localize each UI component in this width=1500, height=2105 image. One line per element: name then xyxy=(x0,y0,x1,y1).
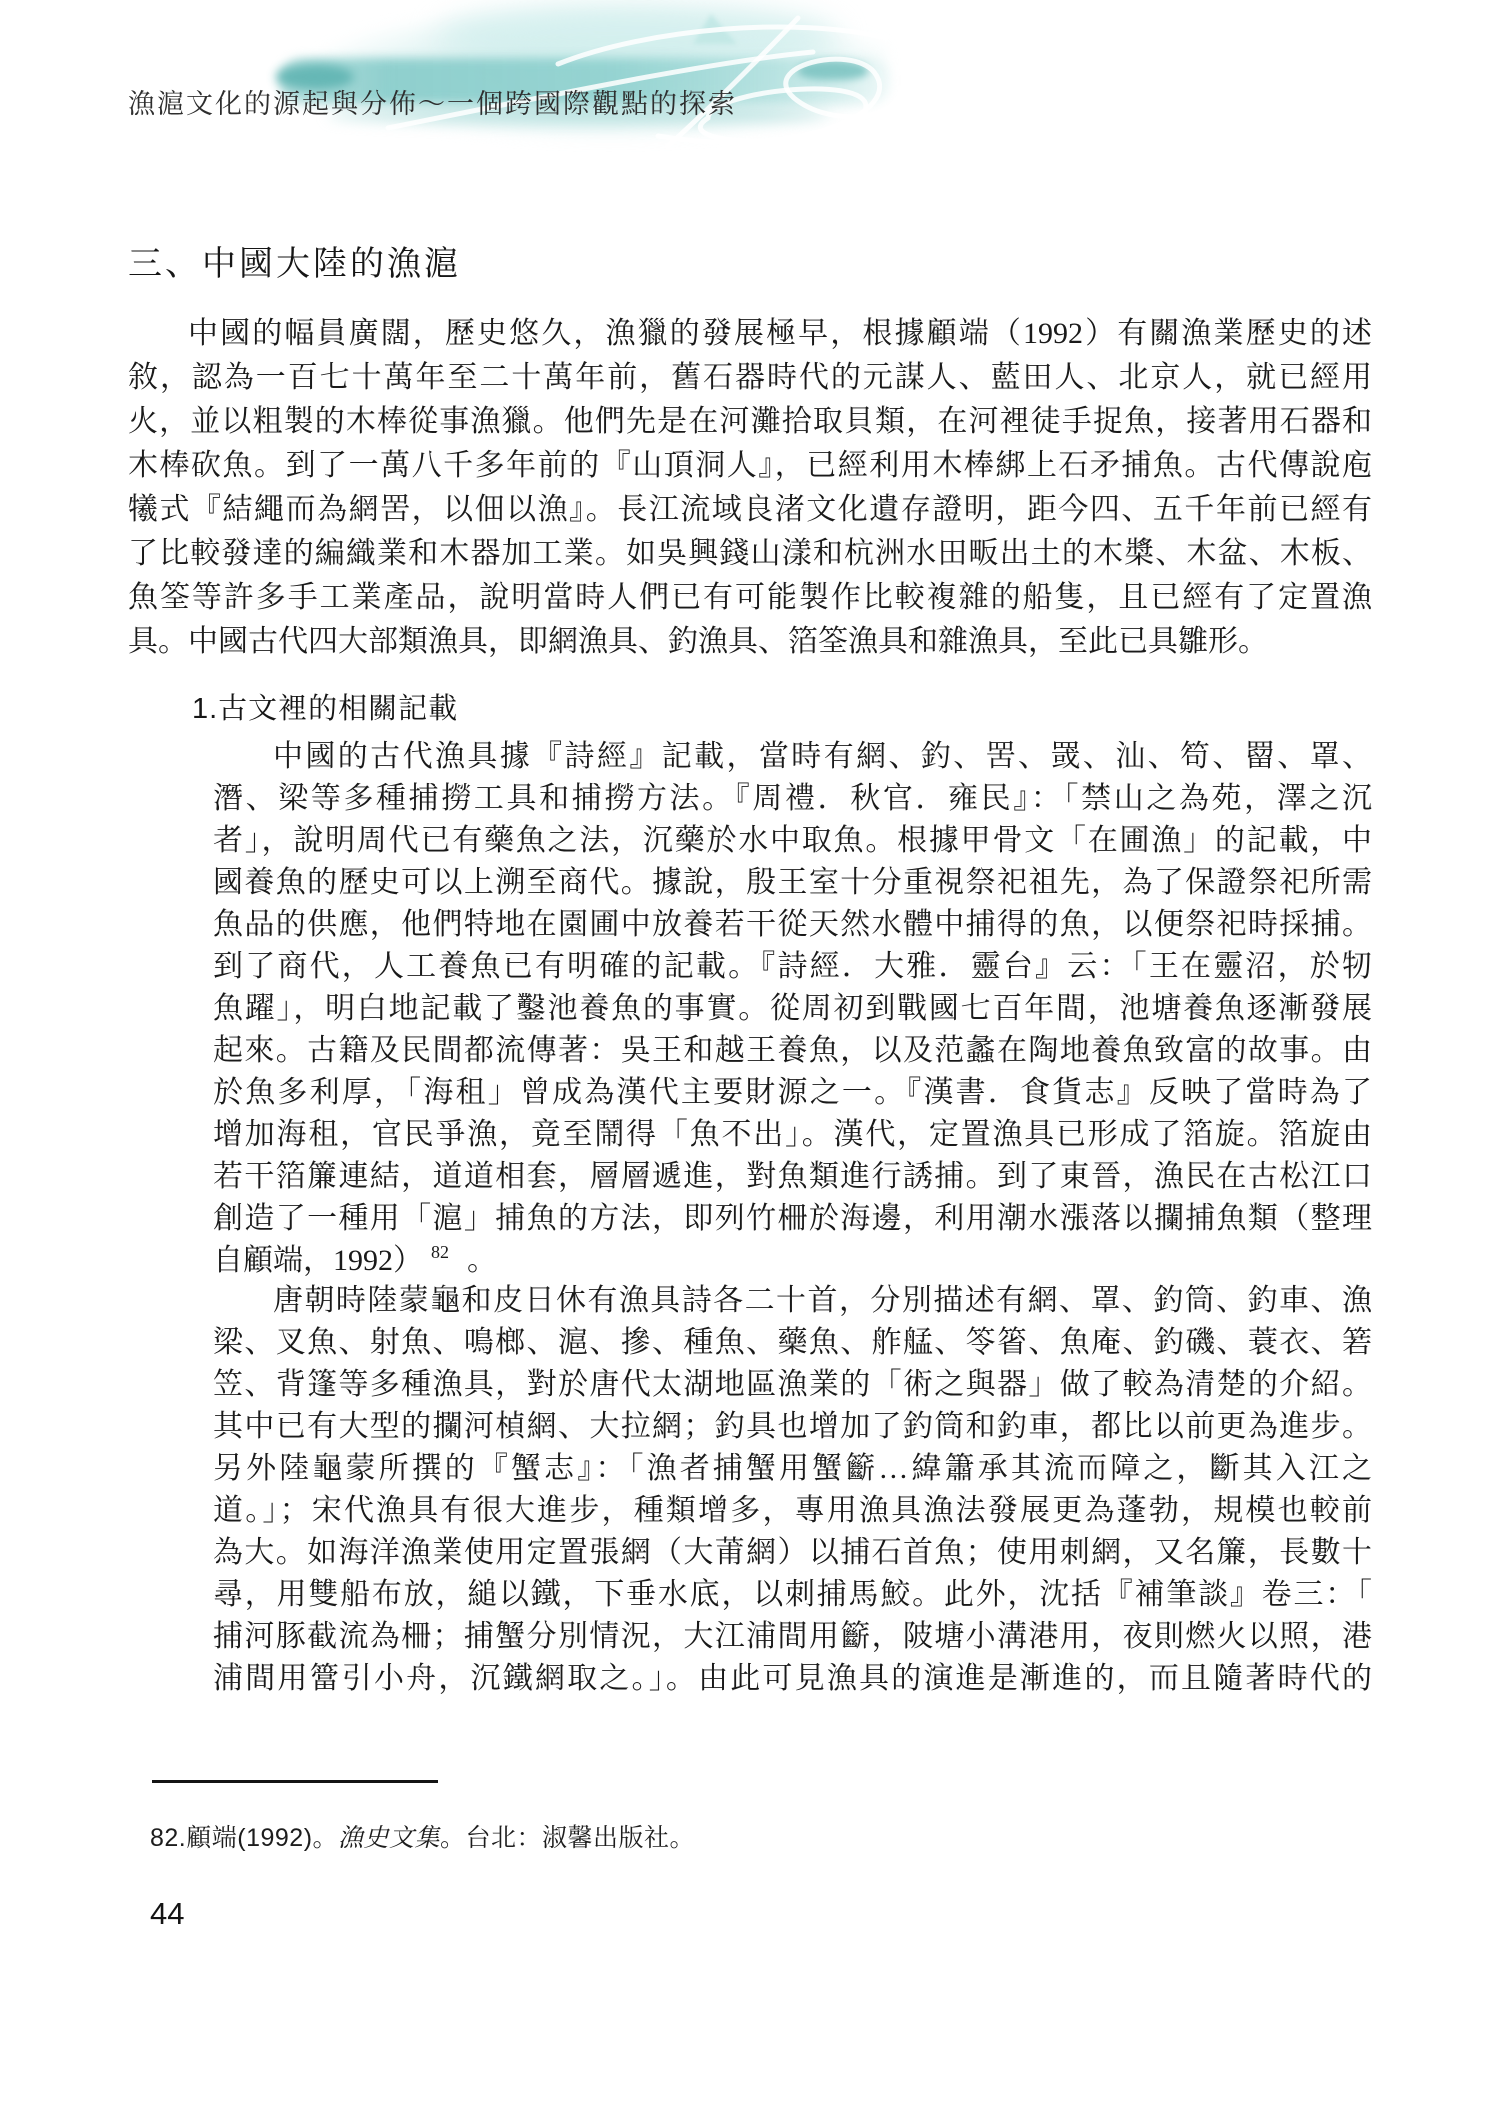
footnote-tail: 。台北：淑馨出版社。 xyxy=(440,1824,695,1852)
watercolor-header-graphic xyxy=(238,0,908,158)
text-line: 木棒砍魚。到了一萬八千多年前的『山頂洞人』，已經利用木棒綁上石矛捕魚。古代傳說庖 xyxy=(128,444,1372,488)
footnote-prefix: 82.顧端(1992)。 xyxy=(150,1824,338,1852)
text-line: 中國的古代漁具據『詩經』記載，當時有網、釣、罟、罭、汕、笱、罶、罩、 xyxy=(213,736,1372,778)
document-page: 漁滬文化的源起與分佈～一個跨國際觀點的探索 三、中國大陸的漁滬 中國的幅員廣闊，… xyxy=(0,0,1500,2105)
text-line: 創造了一種用「滬」捕魚的方法，即列竹柵於海邊，利用潮水漲落以攔捕魚類（整理 xyxy=(213,1198,1372,1240)
watercolor-wash xyxy=(268,0,888,150)
running-header-title: 漁滬文化的源起與分佈～一個跨國際觀點的探索 xyxy=(128,82,737,121)
footnote-82: 82.顧端(1992)。漁史文集。台北：淑馨出版社。 xyxy=(150,1818,695,1854)
text-line: 道。」；宋代漁具有很大進步，種類增多，專用漁具漁法發展更為蓬勃，規模也較前 xyxy=(213,1490,1372,1532)
text-line: 火，並以粗製的木棒從事漁獵。他們先是在河灘拾取貝類，在河裡徒手捉魚，接著用石器和 xyxy=(128,400,1372,444)
paragraph-2: 中國的古代漁具據『詩經』記載，當時有網、釣、罟、罭、汕、笱、罶、罩、潛、梁等多種… xyxy=(213,736,1372,1282)
text-line: 尋，用雙船布放，縋以鐵，下垂水底，以刺捕馬鮫。此外，沈括『補筆談』卷三：「 xyxy=(213,1574,1372,1616)
paragraph-2-last-line-text: 自顧端，1992） xyxy=(213,1244,423,1277)
paragraph-2-last-line-tail: 。 xyxy=(467,1244,497,1277)
text-line: 於魚多利厚，「海租」曾成為漢代主要財源之一。『漢書．食貨志』反映了當時為了 xyxy=(213,1072,1372,1114)
text-line: 若干箔簾連結，道道相套，層層遞進，對魚類進行誘捕。到了東晉，漁民在古松江口 xyxy=(213,1156,1372,1198)
text-line: 為大。如海洋漁業使用定置張網（大莆網）以捕石首魚；使用刺網，又名簾，長數十 xyxy=(213,1532,1372,1574)
text-line: 中國的幅員廣闊，歷史悠久，漁獵的發展極早，根據顧端（1992）有關漁業歷史的述 xyxy=(128,312,1372,356)
text-line: 犧式『結繩而為網罟，以佃以漁』。長江流域良渚文化遺存證明，距今四、五千年前已經有 xyxy=(128,488,1372,532)
footnote-reference-82: 82 xyxy=(431,1242,449,1262)
paragraph-3: 唐朝時陸蒙龜和皮日休有漁具詩各二十首，分別描述有網、罩、釣筒、釣車、漁梁、叉魚、… xyxy=(213,1280,1372,1700)
page-number: 44 xyxy=(150,1896,184,1932)
text-line: 者」，說明周代已有藥魚之法，沉藥於水中取魚。根據甲骨文「在圃漁」的記載，中 xyxy=(213,820,1372,862)
text-line: 到了商代，人工養魚已有明確的記載。『詩經．大雅．靈台』云：「王在靈沼，於牣 xyxy=(213,946,1372,988)
text-line: 魚躍」，明白地記載了鑿池養魚的事實。從周初到戰國七百年間，池塘養魚逐漸發展 xyxy=(213,988,1372,1030)
subsection-heading: 1.古文裡的相關記載 xyxy=(192,686,458,727)
footnote-divider-rule xyxy=(152,1780,438,1783)
text-line: 笠、背篷等多種漁具，對於唐代太湖地區漁業的「術之與器」做了較為清楚的介紹。 xyxy=(213,1364,1372,1406)
watercolor-sail-shape xyxy=(693,14,737,44)
white-swirl-lines-icon xyxy=(238,0,908,158)
watercolor-sky-wash xyxy=(438,4,838,70)
text-line: 國養魚的歷史可以上溯至商代。據說，殷王室十分重視祭祀祖先，為了保證祭祀所需 xyxy=(213,862,1372,904)
text-line: 魚筌等許多手工業產品，說明當時人們已有可能製作比較複雜的船隻，且已經有了定置漁 xyxy=(128,576,1372,620)
paragraph-2-last-line: 自顧端，1992）82。 xyxy=(213,1240,1372,1282)
footnote-book-title: 漁史文集 xyxy=(338,1824,440,1852)
text-line: 其中已有大型的攔河楨網、大拉網；釣具也增加了釣筒和釣車，都比以前更為進步。 xyxy=(213,1406,1372,1448)
text-line: 梁、叉魚、射魚、鳴榔、滬、摻、種魚、藥魚、舴艋、笭箵、魚庵、釣磯、蓑衣、箬 xyxy=(213,1322,1372,1364)
watercolor-hill-blob xyxy=(798,60,868,80)
text-line: 唐朝時陸蒙龜和皮日休有漁具詩各二十首，分別描述有網、罩、釣筒、釣車、漁 xyxy=(213,1280,1372,1322)
text-line: 了比較發達的編織業和木器加工業。如吳興錢山漾和杭洲水田畈出土的木槳、木盆、木板、 xyxy=(128,532,1372,576)
paragraph-1-lines: 中國的幅員廣闊，歷史悠久，漁獵的發展極早，根據顧端（1992）有關漁業歷史的述敘… xyxy=(128,312,1372,620)
text-line: 起來。古籍及民間都流傳著：吳王和越王養魚，以及范蠡在陶地養魚致富的故事。由 xyxy=(213,1030,1372,1072)
text-line: 增加海租，官民爭漁，竟至鬧得「魚不出」。漢代，定置漁具已形成了箔旋。箔旋由 xyxy=(213,1114,1372,1156)
text-line: 捕河豚截流為柵；捕蟹分別情況，大江浦間用籪，陂塘小溝港用，夜則燃火以照，港 xyxy=(213,1616,1372,1658)
section-heading: 三、中國大陸的漁滬 xyxy=(128,236,461,285)
paragraph-1: 中國的幅員廣闊，歷史悠久，漁獵的發展極早，根據顧端（1992）有關漁業歷史的述敘… xyxy=(128,312,1372,664)
text-line: 魚品的供應，他們特地在園圃中放養若干從天然水體中捕得的魚，以便祭祀時採捕。 xyxy=(213,904,1372,946)
text-line: 敘，認為一百七十萬年至二十萬年前，舊石器時代的元謀人、藍田人、北京人，就已經用 xyxy=(128,356,1372,400)
text-line: 浦間用簹引小舟，沉鐵網取之。」。由此可見漁具的演進是漸進的，而且隨著時代的 xyxy=(213,1658,1372,1700)
paragraph-1-last-line: 具。中國古代四大部類漁具，即網漁具、釣漁具、箔筌漁具和雜漁具，至此已具雛形。 xyxy=(128,620,1372,664)
paragraph-2-lines: 中國的古代漁具據『詩經』記載，當時有網、釣、罟、罭、汕、笱、罶、罩、潛、梁等多種… xyxy=(213,736,1372,1240)
paragraph-3-lines: 唐朝時陸蒙龜和皮日休有漁具詩各二十首，分別描述有網、罩、釣筒、釣車、漁梁、叉魚、… xyxy=(213,1280,1372,1700)
text-line: 另外陸龜蒙所撰的『蟹志』：「漁者捕蟹用蟹籪…緯簫承其流而障之，斷其入江之 xyxy=(213,1448,1372,1490)
text-line: 潛、梁等多種捕撈工具和捕撈方法。『周禮．秋官．雍民』：「禁山之為苑，澤之沉 xyxy=(213,778,1372,820)
